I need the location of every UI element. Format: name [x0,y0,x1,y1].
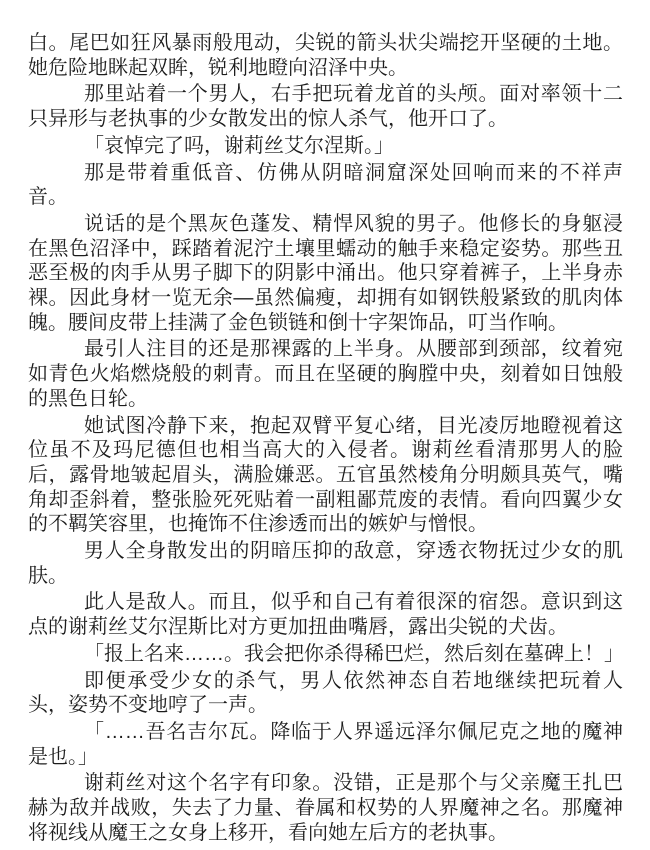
paragraph-dialogue: 「……吾名吉尔瓦。降临于人界遥远泽尔佩尼克之地的魔神是也。」 [28,720,623,769]
paragraph: 即便承受少女的杀气，男人依然神态自若地继续把玩着人头，姿势不变地哼了一声。 [28,669,623,718]
paragraph: 那里站着一个男人，右手把玩着龙首的头颅。面对率领十二只异形与老执事的少女散发出的… [28,82,623,131]
paragraph: 谢莉丝对这个名字有印象。没错，正是那个与父亲魔王扎巴赫为敌并战败，失去了力量、眷… [28,771,623,845]
paragraph-dialogue: 「报上名来……。我会把你杀得稀巴烂，然后刻在墓碑上！」 [28,642,623,667]
paragraph: 她试图冷静下来，抱起双臂平复心绪，目光凌厉地瞪视着这位虽不及玛尼德但也相当高大的… [28,414,623,538]
paragraph: 说话的是个黑灰色蓬发、精悍风貌的男子。他修长的身躯浸在黑色沼泽中，踩踏着泥泞土壤… [28,212,623,336]
paragraph: 此人是敌人。而且，似乎和自己有着很深的宿怨。意识到这点的谢莉丝艾尔涅斯比对方更加… [28,590,623,639]
paragraph: 最引人注目的还是那裸露的上半身。从腰部到颈部，纹着宛如青色火焰燃烧般的刺青。而且… [28,337,623,411]
paragraph: 那是带着重低音、仿佛从阴暗洞窟深处回响而来的不祥声音。 [28,161,623,210]
paragraph-dialogue: 「哀悼完了吗，谢莉丝艾尔涅斯。」 [28,134,623,159]
paragraph: 白。尾巴如狂风暴雨般甩动，尖锐的箭头状尖端挖开坚硬的土地。她危险地眯起双眸，锐利… [28,31,623,80]
novel-page: 白。尾巴如狂风暴雨般甩动，尖锐的箭头状尖端挖开坚硬的土地。她危险地眯起双眸，锐利… [0,0,650,850]
paragraph: 男人全身散发出的阴暗压抑的敌意，穿透衣物抚过少女的肌肤。 [28,539,623,588]
